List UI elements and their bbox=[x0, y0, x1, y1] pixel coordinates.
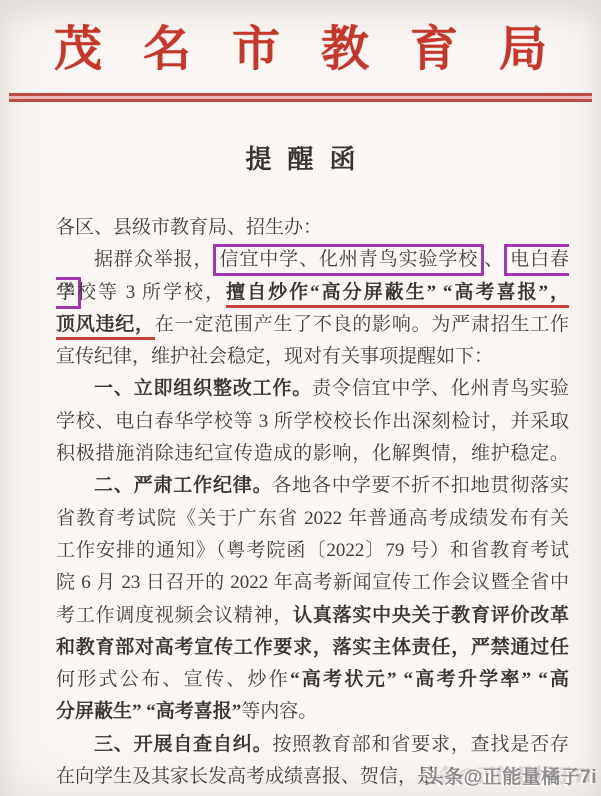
body-text-segment: 各区、县级市教育局、招生办： bbox=[56, 217, 322, 238]
body-text-segment: 工作安排的通知》（粤考院函〔2022〕79 号）和省教育考试 bbox=[56, 540, 569, 561]
body-text-segment: 据群众举报， bbox=[94, 249, 213, 270]
doc-line: 工作安排的通知》（粤考院函〔2022〕79 号）和省教育考试 bbox=[56, 535, 569, 567]
doc-line: 据群众举报，信宜中学、化州青鸟实验学校、电白春华 bbox=[56, 244, 569, 276]
body-text-segment: 、 bbox=[484, 249, 504, 270]
body-text-segment: 在一定范围产生了不良的影响。为严肃招生工作 bbox=[155, 314, 569, 335]
doc-line: 宣传纪律，维护社会稳定，现对有关事项提醒如下： bbox=[56, 341, 569, 373]
doc-line: 何形式公布、宣传、炒作“高考状元” “高考升学率” “高 bbox=[56, 664, 569, 696]
doc-line: 各区、县级市教育局、招生办： bbox=[56, 212, 569, 244]
body-text-segment: 学校、电白春华学校等 3 所学校校长作出深刻检讨，并采取 bbox=[56, 411, 569, 432]
scanned-document-page: 茂名市教育局 提醒函 各区、县级市教育局、招生办：据群众举报，信宜中学、化州青鸟… bbox=[0, 0, 601, 796]
doc-line: 学校等 3 所学校，擅自炒作“高分屏蔽生” “高考喜报”， bbox=[56, 277, 569, 309]
bold-emphasis-text: “高考状元” “高考升学率” “高 bbox=[290, 669, 569, 690]
body-text-segment: 等内容。 bbox=[241, 701, 317, 722]
bold-emphasis-text: 和教育部对高考宣传工作要求，落实主体责任，严禁通过任 bbox=[56, 637, 569, 658]
body-text-segment: 在向学生及其家长发高考成绩喜报、贺信，是 bbox=[56, 766, 436, 787]
body-text-segment: 院 6 月 23 日召开的 2022 年高考新闻宣传工作会议暨全省中 bbox=[56, 572, 569, 593]
body-text-segment: 积极措施消除违纪宣传造成的影响，化解舆情，维护稳定。 bbox=[56, 443, 569, 464]
doc-line: 三、开展自查自纠。按照教育部和省要求，查找是否存 bbox=[56, 729, 569, 761]
doc-line: 学校、电白春华学校等 3 所学校校长作出深刻检讨，并采取 bbox=[56, 406, 569, 438]
body-text-segment: 何形式公布、宣传、炒作 bbox=[56, 669, 290, 690]
body-text-segment: 责令信宜中学、化州青鸟实验 bbox=[312, 378, 569, 399]
doc-line: 分屏蔽生” “高考喜报”等内容。 bbox=[56, 696, 569, 728]
boxed-school-names: 信宜中学、化州青鸟实验学校 bbox=[213, 244, 484, 276]
body-text-segment: 考工作调度视频会议精神， bbox=[56, 605, 293, 626]
doc-line: 积极措施消除违纪宣传造成的影响，化解舆情，维护稳定。 bbox=[56, 438, 569, 470]
platform-watermark: 头条@正能量橘子7i bbox=[425, 762, 597, 789]
body-text-segment: 学校等 3 所学校， bbox=[56, 282, 226, 303]
doc-line: 省教育考试院《关于广东省 2022 年普通高考成绩发布有关 bbox=[56, 503, 569, 535]
red-double-rule bbox=[9, 93, 592, 102]
doc-line: 二、严肃工作纪律。各地各中学要不折不扣地贯彻落实 bbox=[56, 470, 569, 502]
issuing-agency-title: 茂名市教育局 bbox=[0, 26, 601, 74]
body-text-segment: 省教育考试院《关于广东省 2022 年普通高考成绩发布有关 bbox=[56, 508, 569, 529]
bold-emphasis-text: 三、开展自查自纠。 bbox=[94, 734, 272, 755]
doc-line: 考工作调度视频会议精神，认真落实中央关于教育评价改革 bbox=[56, 600, 569, 632]
bold-emphasis-text: 分屏蔽生” “高考喜报” bbox=[56, 701, 241, 722]
document-body: 各区、县级市教育局、招生办：据群众举报，信宜中学、化州青鸟实验学校、电白春华学校… bbox=[56, 212, 569, 793]
underlined-violation-text: 擅自炒作“高分屏蔽生” “高考喜报”， bbox=[226, 282, 569, 308]
bold-emphasis-text: 认真落实中央关于教育评价改革 bbox=[293, 605, 569, 626]
doc-line: 和教育部对高考宣传工作要求，落实主体责任，严禁通过任 bbox=[56, 632, 569, 664]
document-title: 提醒函 bbox=[0, 144, 601, 175]
doc-line: 顶风违纪，在一定范围产生了不良的影响。为严肃招生工作 bbox=[56, 309, 569, 341]
body-text-segment: 宣传纪律，维护社会稳定，现对有关事项提醒如下： bbox=[56, 346, 493, 367]
body-text-segment: 各地各中学要不折不扣地贯彻落实 bbox=[272, 475, 569, 496]
bold-emphasis-text: 一、立即组织整改工作。 bbox=[94, 378, 312, 399]
doc-line: 一、立即组织整改工作。责令信宜中学、化州青鸟实验 bbox=[56, 373, 569, 405]
doc-line: 院 6 月 23 日召开的 2022 年高考新闻宣传工作会议暨全省中 bbox=[56, 567, 569, 599]
underlined-violation-text: 顶风违纪， bbox=[56, 314, 155, 340]
bold-emphasis-text: 二、严肃工作纪律。 bbox=[94, 475, 272, 496]
body-text-segment: 按照教育部和省要求，查找是否存 bbox=[272, 734, 569, 755]
